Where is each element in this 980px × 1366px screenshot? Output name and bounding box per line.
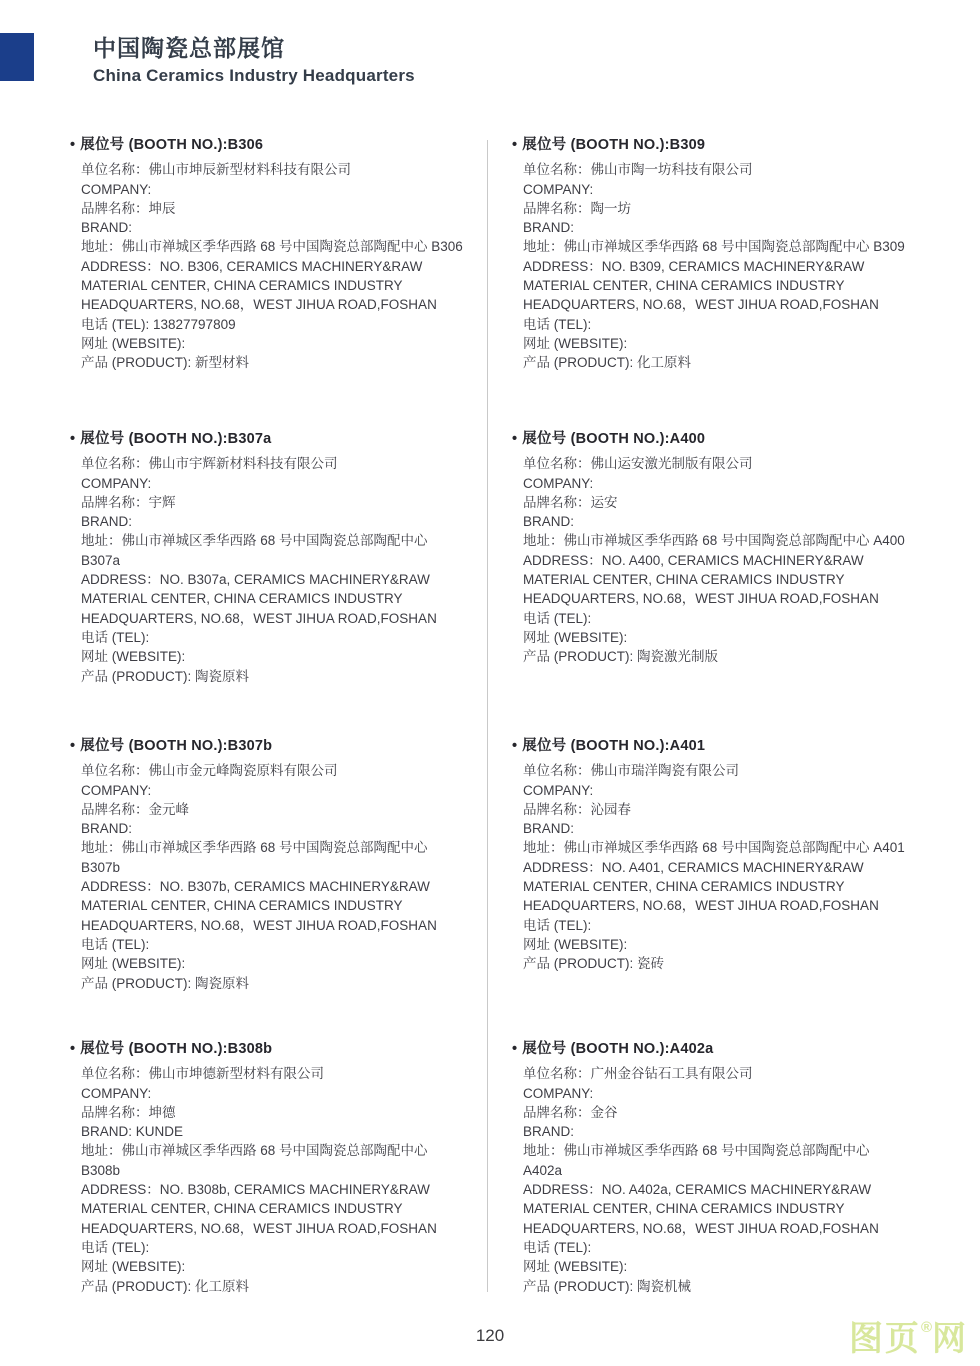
product: 产品 (PRODUCT): 陶瓷机械 xyxy=(523,1277,910,1296)
product: 产品 (PRODUCT): 化工原料 xyxy=(523,353,910,372)
tel: 电话 (TEL): xyxy=(523,315,910,334)
address-cn: 地址：佛山市禅城区季华西路 68 号中国陶瓷总部陶配中心 B309 xyxy=(523,237,910,256)
bullet-icon: • xyxy=(70,738,75,754)
booth-number: •展位号 (BOOTH NO.):A400 xyxy=(512,430,910,449)
address-en: ADDRESS：NO. B309, CERAMICS MACHINERY&RAW… xyxy=(523,257,910,315)
bullet-icon: • xyxy=(512,738,517,754)
website: 网址 (WEBSITE): xyxy=(523,935,910,954)
brand-en: BRAND: xyxy=(81,512,468,531)
booth-number-label: 展位号 (BOOTH NO.):B308b xyxy=(80,1041,272,1057)
brand-en: BRAND: xyxy=(81,819,468,838)
bullet-icon: • xyxy=(512,1041,517,1057)
product: 产品 (PRODUCT): 陶瓷原料 xyxy=(81,974,468,993)
brand-cn: 品牌名称：金谷 xyxy=(523,1103,910,1122)
company-en: COMPANY: xyxy=(81,474,468,493)
address-cn: 地址：佛山市禅城区季华西路 68 号中国陶瓷总部陶配中心 B308b xyxy=(81,1141,468,1180)
page-header: 中国陶瓷总部展馆 China Ceramics Industry Headqua… xyxy=(93,30,415,86)
watermark-text-right: 网 xyxy=(932,1320,968,1358)
tel: 电话 (TEL): xyxy=(523,1238,910,1257)
booth-number-label: 展位号 (BOOTH NO.):B307b xyxy=(80,738,272,754)
website: 网址 (WEBSITE): xyxy=(81,647,468,666)
company-cn: 单位名称：佛山市坤辰新型材料科技有限公司 xyxy=(81,160,468,179)
booth-number: •展位号 (BOOTH NO.):B307a xyxy=(70,430,468,449)
brand-en: BRAND: xyxy=(523,1122,910,1141)
booth-entry-a401: •展位号 (BOOTH NO.):A401 单位名称：佛山市瑞洋陶瓷有限公司 C… xyxy=(512,737,910,974)
booth-entry-b307a: •展位号 (BOOTH NO.):B307a 单位名称：佛山市宇辉新材料科技有限… xyxy=(70,430,468,686)
company-cn: 单位名称：佛山运安激光制版有限公司 xyxy=(523,454,910,473)
booth-number-label: 展位号 (BOOTH NO.):B309 xyxy=(522,137,705,153)
brand-en: BRAND: xyxy=(523,819,910,838)
address-en: ADDRESS：NO. B307b, CERAMICS MACHINERY&RA… xyxy=(81,877,468,935)
page-title-en: China Ceramics Industry Headquarters xyxy=(93,66,415,86)
company-en: COMPANY: xyxy=(523,781,910,800)
watermark-logo: 图页®网 xyxy=(849,1311,968,1360)
address-en: ADDRESS：NO. B306, CERAMICS MACHINERY&RAW… xyxy=(81,257,468,315)
tel: 电话 (TEL): xyxy=(523,916,910,935)
booth-entry-a400: •展位号 (BOOTH NO.):A400 单位名称：佛山运安激光制版有限公司 … xyxy=(512,430,910,667)
company-cn: 单位名称：佛山市陶一坊科技有限公司 xyxy=(523,160,910,179)
company-cn: 单位名称：佛山市坤德新型材料有限公司 xyxy=(81,1064,468,1083)
company-en: COMPANY: xyxy=(81,781,468,800)
brand-cn: 品牌名称：运安 xyxy=(523,493,910,512)
page-title-cn: 中国陶瓷总部展馆 xyxy=(93,30,415,63)
booth-number-label: 展位号 (BOOTH NO.):A401 xyxy=(522,738,705,754)
company-en: COMPANY: xyxy=(523,180,910,199)
bullet-icon: • xyxy=(70,1041,75,1057)
brand-cn: 品牌名称：坤德 xyxy=(81,1103,468,1122)
address-en: ADDRESS：NO. A400, CERAMICS MACHINERY&RAW… xyxy=(523,551,910,609)
address-en: ADDRESS：NO. B307a, CERAMICS MACHINERY&RA… xyxy=(81,570,468,628)
booth-entry-a402a: •展位号 (BOOTH NO.):A402a 单位名称：广州金谷钻石工具有限公司… xyxy=(512,1040,910,1296)
page: { "colors": { "accent_blue": "#1b3e8a", … xyxy=(0,0,980,1366)
booth-number-label: 展位号 (BOOTH NO.):A402a xyxy=(522,1041,713,1057)
website: 网址 (WEBSITE): xyxy=(523,1257,910,1276)
address-en: ADDRESS：NO. A401, CERAMICS MACHINERY&RAW… xyxy=(523,858,910,916)
address-cn: 地址：佛山市禅城区季华西路 68 号中国陶瓷总部陶配中心 A400 xyxy=(523,531,910,550)
tel: 电话 (TEL): 13827797809 xyxy=(81,315,468,334)
product: 产品 (PRODUCT): 陶瓷激光制版 xyxy=(523,647,910,666)
address-cn: 地址：佛山市禅城区季华西路 68 号中国陶瓷总部陶配中心 B307a xyxy=(81,531,468,570)
booth-number: •展位号 (BOOTH NO.):B307b xyxy=(70,737,468,756)
booth-entry-b307b: •展位号 (BOOTH NO.):B307b 单位名称：佛山市金元峰陶瓷原料有限… xyxy=(70,737,468,993)
website: 网址 (WEBSITE): xyxy=(81,334,468,353)
booth-number-label: 展位号 (BOOTH NO.):B307a xyxy=(80,431,271,447)
address-en: ADDRESS：NO. A402a, CERAMICS MACHINERY&RA… xyxy=(523,1180,910,1238)
booth-number: •展位号 (BOOTH NO.):B306 xyxy=(70,136,468,155)
bullet-icon: • xyxy=(512,137,517,153)
address-cn: 地址：佛山市禅城区季华西路 68 号中国陶瓷总部陶配中心 A402a xyxy=(523,1141,910,1180)
product: 产品 (PRODUCT): 瓷砖 xyxy=(523,954,910,973)
bullet-icon: • xyxy=(512,431,517,447)
company-en: COMPANY: xyxy=(81,180,468,199)
booth-number: •展位号 (BOOTH NO.):B308b xyxy=(70,1040,468,1059)
website: 网址 (WEBSITE): xyxy=(523,334,910,353)
booth-number: •展位号 (BOOTH NO.):A401 xyxy=(512,737,910,756)
tel: 电话 (TEL): xyxy=(523,609,910,628)
brand-cn: 品牌名称：陶一坊 xyxy=(523,199,910,218)
product: 产品 (PRODUCT): 陶瓷原料 xyxy=(81,667,468,686)
tel: 电话 (TEL): xyxy=(81,1238,468,1257)
company-en: COMPANY: xyxy=(523,1084,910,1103)
booth-entry-b308b: •展位号 (BOOTH NO.):B308b 单位名称：佛山市坤德新型材料有限公… xyxy=(70,1040,468,1296)
booth-number-label: 展位号 (BOOTH NO.):B306 xyxy=(80,137,263,153)
page-number: 120 xyxy=(0,1326,980,1346)
brand-en: BRAND: xyxy=(81,218,468,237)
booth-number: •展位号 (BOOTH NO.):B309 xyxy=(512,136,910,155)
brand-en: BRAND: KUNDE xyxy=(81,1122,468,1141)
booth-entry-b306: •展位号 (BOOTH NO.):B306 单位名称：佛山市坤辰新型材料科技有限… xyxy=(70,136,468,373)
address-en: ADDRESS：NO. B308b, CERAMICS MACHINERY&RA… xyxy=(81,1180,468,1238)
corner-accent-block xyxy=(0,33,34,81)
brand-en: BRAND: xyxy=(523,512,910,531)
tel: 电话 (TEL): xyxy=(81,628,468,647)
booth-number-label: 展位号 (BOOTH NO.):A400 xyxy=(522,431,705,447)
website: 网址 (WEBSITE): xyxy=(523,628,910,647)
product: 产品 (PRODUCT): 化工原料 xyxy=(81,1277,468,1296)
booth-entry-b309: •展位号 (BOOTH NO.):B309 单位名称：佛山市陶一坊科技有限公司 … xyxy=(512,136,910,373)
watermark-text-left: 图页 xyxy=(849,1320,921,1358)
company-cn: 单位名称：佛山市宇辉新材料科技有限公司 xyxy=(81,454,468,473)
brand-cn: 品牌名称：沁园春 xyxy=(523,800,910,819)
bullet-icon: • xyxy=(70,137,75,153)
website: 网址 (WEBSITE): xyxy=(81,954,468,973)
company-cn: 单位名称：佛山市瑞洋陶瓷有限公司 xyxy=(523,761,910,780)
brand-cn: 品牌名称：坤辰 xyxy=(81,199,468,218)
booth-number: •展位号 (BOOTH NO.):A402a xyxy=(512,1040,910,1059)
address-cn: 地址：佛山市禅城区季华西路 68 号中国陶瓷总部陶配中心 A401 xyxy=(523,838,910,857)
bullet-icon: • xyxy=(70,431,75,447)
brand-en: BRAND: xyxy=(523,218,910,237)
company-cn: 单位名称：广州金谷钻石工具有限公司 xyxy=(523,1064,910,1083)
product: 产品 (PRODUCT): 新型材料 xyxy=(81,353,468,372)
brand-cn: 品牌名称：宇辉 xyxy=(81,493,468,512)
company-en: COMPANY: xyxy=(523,474,910,493)
column-divider xyxy=(487,140,488,1292)
company-cn: 单位名称：佛山市金元峰陶瓷原料有限公司 xyxy=(81,761,468,780)
address-cn: 地址：佛山市禅城区季华西路 68 号中国陶瓷总部陶配中心 B307b xyxy=(81,838,468,877)
registered-trademark-icon: ® xyxy=(921,1319,932,1336)
website: 网址 (WEBSITE): xyxy=(81,1257,468,1276)
brand-cn: 品牌名称：金元峰 xyxy=(81,800,468,819)
address-cn: 地址：佛山市禅城区季华西路 68 号中国陶瓷总部陶配中心 B306 xyxy=(81,237,468,256)
company-en: COMPANY: xyxy=(81,1084,468,1103)
tel: 电话 (TEL): xyxy=(81,935,468,954)
